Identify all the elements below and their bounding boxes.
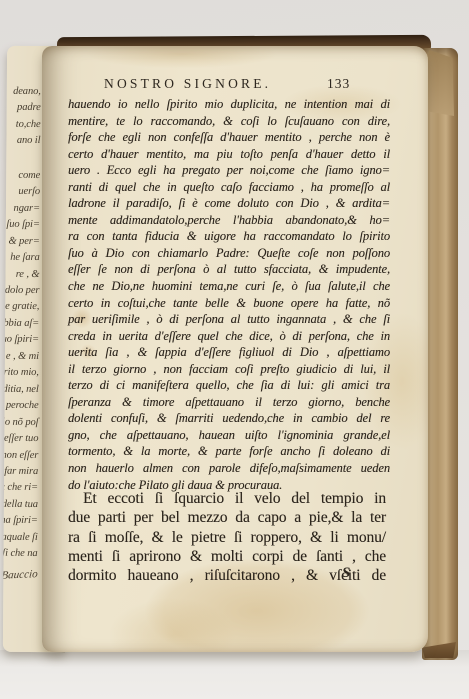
body-text-line: ſuo à Dio con chiamarlo Padre: Queſte co… [68, 245, 390, 262]
verso-text-fragments: deano,padreto,cheano ilcomeuerſongar=ſuo… [3, 83, 41, 562]
roman-text-line: ra ſi moſſe, & le pietre ſi roppero, & l… [68, 528, 386, 547]
body-text-line: mentire, te lo raccomando, & coſi lo ſcu… [68, 113, 390, 130]
verso-text-fragment: to,che [3, 116, 41, 133]
handwritten-annotation: Bauccio [3, 568, 38, 583]
verso-text-fragment: ditia, nel [3, 381, 39, 398]
verso-text-fragment: er laquale ſi [3, 529, 38, 546]
body-text-line: certo d'hauer mentito, ma piu toſto penſ… [68, 146, 390, 163]
body-text-line: forſe che egli non confeſſa d'hauer ment… [68, 129, 390, 146]
body-text-line: eſſer ſe non di perſona ò al tutto sfacc… [68, 261, 390, 278]
verso-text-fragment: & che ri= [3, 480, 38, 497]
cover-corner-fold [422, 642, 456, 658]
verso-text-fragment: i della tua [3, 496, 38, 513]
body-text-line: hauendo io nello ſpirito mio duplicita, … [68, 96, 390, 113]
body-text-line: dolenti confuſi, & ſmarriti uedendo,che … [68, 410, 390, 427]
vellum-flap [424, 50, 454, 116]
body-text-line: creda in uerita d'eſſere quel che dice, … [68, 328, 390, 345]
verso-text-fragment: o, ſi che na [3, 546, 38, 563]
signature-mark: S [342, 565, 350, 582]
roman-text-line: dormito haueano , riſuſcitarono , & vſci… [68, 566, 386, 585]
body-text-line: ranti di quel che in queſto caſo facciam… [68, 179, 390, 196]
verso-text-fragment: ano il [3, 133, 41, 150]
verso-text-fragment: i eſſer tuo [3, 431, 39, 448]
recto-page: NOSTRO SIGNORE. 133 hauendo io nello ſpi… [42, 46, 428, 652]
verso-text-fragment: peroche [3, 398, 39, 415]
roman-text-line: Et eccoti ſi ſquarcio il velo del tempio… [68, 489, 386, 508]
verso-text-fragment: re , & [3, 266, 40, 283]
running-head-title: NOSTRO SIGNORE. [104, 76, 271, 92]
verso-text-fragment: & per= [3, 233, 40, 250]
verso-text-fragment: uerſo [3, 184, 40, 201]
body-text-line: mente addimandatolo,perche l'habbia aban… [68, 212, 390, 229]
verso-text-fragment: ſuo ſpi= [3, 217, 40, 234]
verso-text-fragment: rito mio, [3, 365, 39, 382]
verso-text-fragment: padre [3, 100, 41, 117]
body-text-line: terzo di ci manifeſtera quello, che ſia … [68, 377, 390, 394]
body-text-line: che ne Dio,ne huomini tema,ne curi ſe, ò… [68, 278, 390, 295]
body-text-line: ſperanza & timore aſpettauano il terzo g… [68, 394, 390, 411]
verso-text-fragment: come [3, 167, 40, 184]
roman-text-line: due parti per bel mezzo da capo a pie,& … [68, 508, 386, 527]
verso-text-fragment: he ſara [3, 250, 40, 267]
verso-text-fragment: ngar= [3, 200, 40, 217]
body-text-line: ladrone il paradiſo, ſi è come doluto co… [68, 195, 390, 212]
verso-text-fragment: o ma ſpiri= [3, 513, 38, 530]
running-head: NOSTRO SIGNORE. 133 [68, 76, 390, 94]
body-text-line: non hauerlo almen con parole difeſo,maſs… [68, 460, 390, 477]
page-number: 133 [327, 76, 350, 92]
body-text-block: hauendo io nello ſpirito mio duplicita, … [68, 96, 390, 493]
body-text-line: uero . Ecco egli ha pregato per noi,come… [68, 162, 390, 179]
verso-text-fragment: ebbia aſ= [3, 315, 39, 332]
roman-paragraph-block: Et eccoti ſi ſquarcio il velo del tempio… [68, 489, 386, 585]
verso-text-fragment: e , & mi [3, 348, 39, 365]
body-text-line: certo in coſtui,che tante belle & buone … [68, 295, 390, 312]
verso-text-fragment: dolo per [3, 282, 40, 299]
verso-text-fragment: e gratie, [3, 299, 39, 316]
verso-text-fragment: deano, [3, 83, 41, 100]
body-text-line: ra con tanta fiducia & uigore ha raccoma… [68, 228, 390, 245]
table-surface [0, 650, 469, 699]
verso-text-fragment: ſuo ſpiri= [3, 332, 39, 349]
body-text-line: par ueriſimile , ò di perſona al tutto i… [68, 311, 390, 328]
body-text-line: tormento, & la morte, & parte forſe anch… [68, 443, 390, 460]
verso-text-fragment: e far mira [3, 463, 38, 480]
roman-text-line: menti ſi aprirono & molti corpi de ſanti… [68, 547, 386, 566]
body-text-line: il terzo giorno , non facciam coſi preſt… [68, 361, 390, 378]
verso-text-fragment: i non eſſer [3, 447, 38, 464]
body-text-line: gno, che aſpettauano, hauean uiſto l'ign… [68, 427, 390, 444]
body-text-line: uerita ſia , & ſappia d'eſſere figliuol … [68, 344, 390, 361]
verso-text-fragment: lo nõ poſ [3, 414, 39, 431]
